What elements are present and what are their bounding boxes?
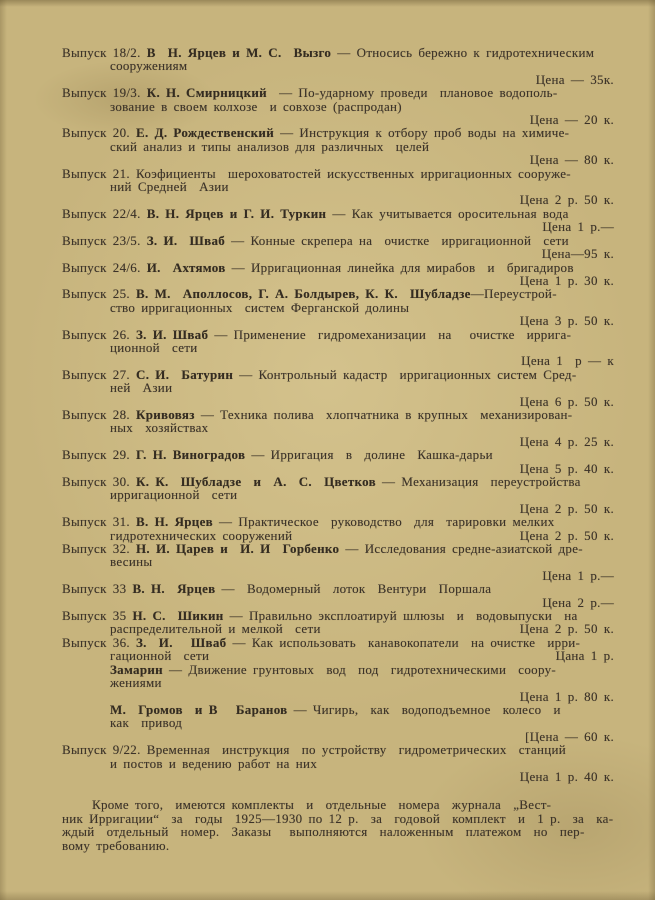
price: Цена — 20 к.	[62, 113, 628, 126]
authors: З. И. Шваб	[147, 233, 225, 248]
list-item: Выпуск 9/22. Временная инструкция по уст…	[62, 743, 628, 770]
page-content: Выпуск 18/2. В Н. Ярцев и М. С. Вызго — …	[62, 46, 628, 852]
issue-label: Выпуск 33	[62, 581, 132, 596]
price: Цена 1 р. 30 к.	[62, 274, 628, 287]
title-text: — Движение грунтовых вод под гидротехнич…	[110, 662, 556, 690]
list-item: Выпуск 32. Н. И. Царев и И. И Горбенко —…	[62, 542, 628, 569]
list-item: Выпуск 18/2. В Н. Ярцев и М. С. Вызго — …	[62, 46, 628, 73]
price: Цена 3 р. 50 к.	[62, 314, 628, 327]
title-text: — Водомерный лоток Вентури Поршала	[216, 581, 492, 596]
list-item: Выпуск 24/6. И. Ахтямов — Ирригационная …	[62, 261, 628, 274]
list-item: Выпуск 29. Г. Н. Виноградов — Ирригация …	[62, 448, 628, 461]
price: Цена 2 р. 50 к.	[520, 622, 628, 635]
list-item: Выпуск 27. С. И. Батурин — Контрольный к…	[62, 368, 628, 395]
title-text: — Ирригация в долине Кашка-дарьи	[245, 447, 493, 462]
issue-label: Выпуск 22/4.	[62, 206, 147, 221]
price: Цена 1 р. 80 к.	[62, 690, 628, 703]
list-item: Выпуск 31. В. Н. Ярцев — Практическое ру…	[62, 515, 628, 542]
price: Цена 6 р. 50 к.	[62, 395, 628, 408]
price: Цена 4 р. 25 к.	[62, 435, 628, 448]
price: Цена — 35к.	[62, 73, 628, 86]
price: Цена 1 р.—	[62, 569, 628, 582]
list-item: Выпуск 25. В. М. Аполлосов, Г. А. Болдыр…	[62, 287, 628, 314]
price: [Цена — 60 к.	[62, 730, 628, 743]
price: Цена — 80 к.	[62, 153, 628, 166]
title-text: Коэфициенты шероховатостей искусственных…	[110, 166, 571, 194]
list-item: Выпуск 23/5. З. И. Шваб — Конные скрепер…	[62, 234, 628, 247]
authors: В. Н. Ярцев	[132, 581, 215, 596]
price: Цена 2 р. 50 к.	[62, 502, 628, 515]
issue-label: Выпуск 23/5.	[62, 233, 147, 248]
list-item: Замарин — Движение грунтовых вод под гид…	[62, 663, 628, 690]
scanned-page: Выпуск 18/2. В Н. Ярцев и М. С. Вызго — …	[0, 0, 655, 900]
list-item: Выпуск 35 Н. С. Шикин — Правильно экспло…	[62, 609, 628, 636]
title-text: Временная инструкция по устройству гидро…	[110, 742, 566, 770]
price: Цена 2 р.—	[62, 596, 628, 609]
authors: И. Ахтямов	[147, 260, 226, 275]
list-item: М. Громов и В Баранов — Чигирь, как водо…	[62, 703, 628, 730]
price: Цана 1 р.	[556, 649, 628, 662]
list-item: Выпуск 36. З. И. Шваб — Как использовать…	[62, 636, 628, 663]
title-text: — Как учитывается оросительная вода	[326, 206, 568, 221]
issue-label: Выпуск 24/6.	[62, 260, 147, 275]
footer-paragraph: Кроме того, имеются комплекты и отдельны…	[62, 798, 628, 852]
authors: Н. И. Царев и И. И Горбенко	[136, 541, 339, 556]
list-item: Выпуск 19/3. К. Н. Смирницкий — По-ударн…	[62, 86, 628, 113]
list-item: Выпуск 22/4. В. Н. Ярцев и Г. И. Туркин …	[62, 207, 628, 220]
price: Цена 5 р. 40 к.	[62, 462, 628, 475]
price: Цена—95 к.	[62, 247, 628, 260]
list-item: Выпуск 20. Е. Д. Рождественский — Инстру…	[62, 126, 628, 153]
list-item: Выпуск 21. Коэфициенты шероховатостей ис…	[62, 167, 628, 194]
publication-list: Выпуск 18/2. В Н. Ярцев и М. С. Вызго — …	[62, 46, 628, 783]
list-item: Выпуск 28. Кривовяз — Техника полива хло…	[62, 408, 628, 435]
title-text: — Конные скрепера на очистке ирригационн…	[225, 233, 569, 248]
price: Цена 1 р — к	[62, 354, 628, 367]
price: Цена 2 р. 50 к.	[520, 529, 628, 542]
list-item: Выпуск 33 В. Н. Ярцев — Водомерный лоток…	[62, 582, 628, 595]
list-item: Выпуск 26. З. И. Шваб — Применение гидро…	[62, 328, 628, 355]
list-item: Выпуск 30. К. К. Шубладзе и А. С. Цветко…	[62, 475, 628, 502]
price: Цена 1 р.—	[62, 220, 628, 233]
authors: Г. Н. Виноградов	[136, 447, 245, 462]
authors: В. Н. Ярцев и Г. И. Туркин	[147, 206, 327, 221]
issue-label: Выпуск 29.	[62, 447, 136, 462]
price: Цена 2 р. 50 к.	[62, 193, 628, 206]
price: Цена 1 р. 40 к.	[62, 770, 628, 783]
